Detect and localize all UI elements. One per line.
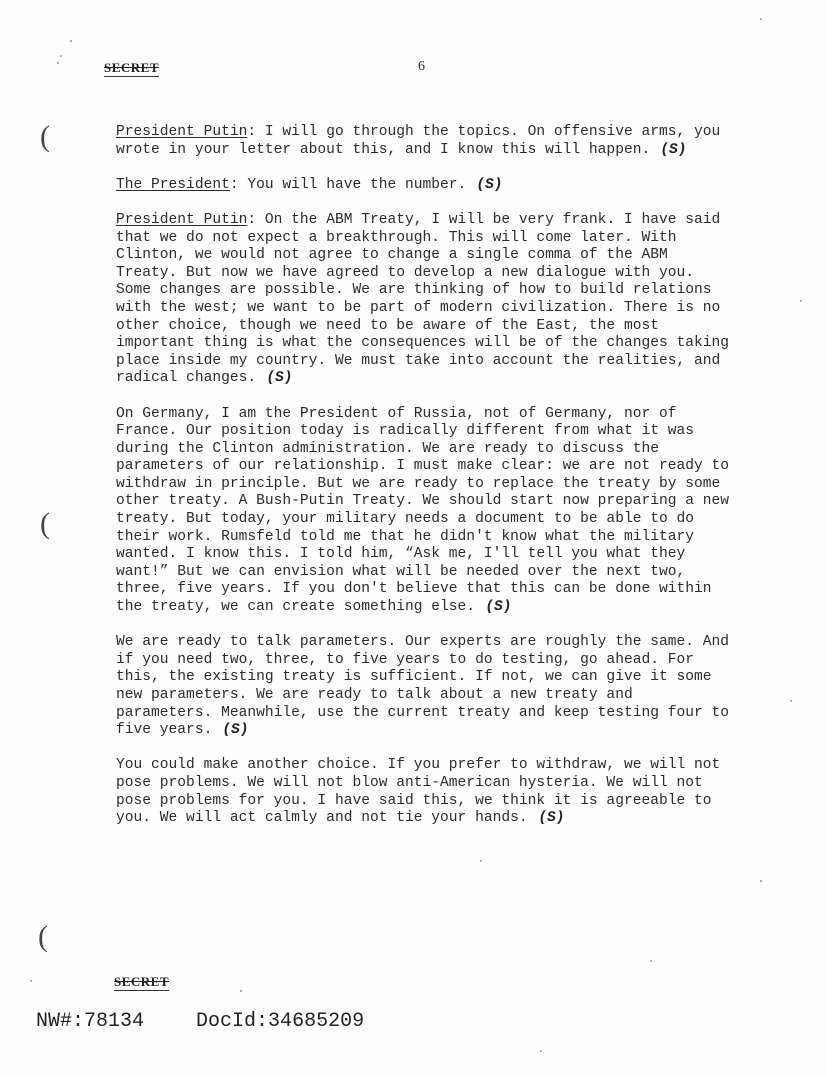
margin-bracket-mark: ( [38,920,48,954]
scan-speck [540,1050,542,1052]
classification-mark: (S) [265,370,294,388]
speaker-label: President Putin [116,124,247,140]
document-page: SECRET 6 ( ( ( President Putin: I will g… [0,0,827,1076]
classification-mark: (S) [221,722,250,740]
memo-paragraph: President Putin: I will go through the t… [116,124,736,159]
classification-mark: (S) [659,142,688,160]
paragraph-text: We are ready to talk parameters. Our exp… [116,634,729,738]
scan-speck [180,690,182,692]
document-identifiers: NW#:78134 DocId:34685209 [36,1010,402,1033]
classification-mark: (S) [484,599,513,617]
classification-mark: (S) [536,810,565,828]
nw-number: NW#:78134 [36,1010,144,1033]
classification-mark: (S) [475,177,504,195]
page-number: 6 [418,59,425,75]
speaker-label: President Putin [116,212,247,228]
paragraph-text: On the ABM Treaty, I will be very frank.… [116,212,729,386]
memo-paragraph: On Germany, I am the President of Russia… [116,406,736,617]
margin-bracket-mark: ( [40,507,50,541]
scan-speck [57,62,59,64]
memo-body: President Putin: I will go through the t… [116,124,736,845]
margin-bracket-mark: ( [40,120,50,154]
classification-footer: SECRET [114,975,169,991]
scan-speck [800,300,802,302]
paragraph-text: On Germany, I am the President of Russia… [116,406,729,616]
scan-speck [760,880,762,882]
scan-speck [480,860,482,862]
scan-speck [60,55,62,57]
speaker-label: The President [116,177,230,193]
classification-header: SECRET [104,61,159,77]
scan-speck [70,40,72,42]
memo-paragraph: The President: You will have the number.… [116,177,736,195]
scan-speck [320,1020,322,1022]
scan-speck [790,700,792,702]
scan-speck [240,990,242,992]
memo-paragraph: You could make another choice. If you pr… [116,757,736,827]
paragraph-text: You could make another choice. If you pr… [116,757,720,826]
scan-speck [760,18,762,20]
scan-speck [30,980,32,982]
scan-speck [650,960,652,962]
memo-paragraph: We are ready to talk parameters. Our exp… [116,634,736,740]
memo-paragraph: President Putin: On the ABM Treaty, I wi… [116,212,736,388]
paragraph-text: You will have the number. [247,177,466,193]
doc-id: DocId:34685209 [196,1010,364,1033]
